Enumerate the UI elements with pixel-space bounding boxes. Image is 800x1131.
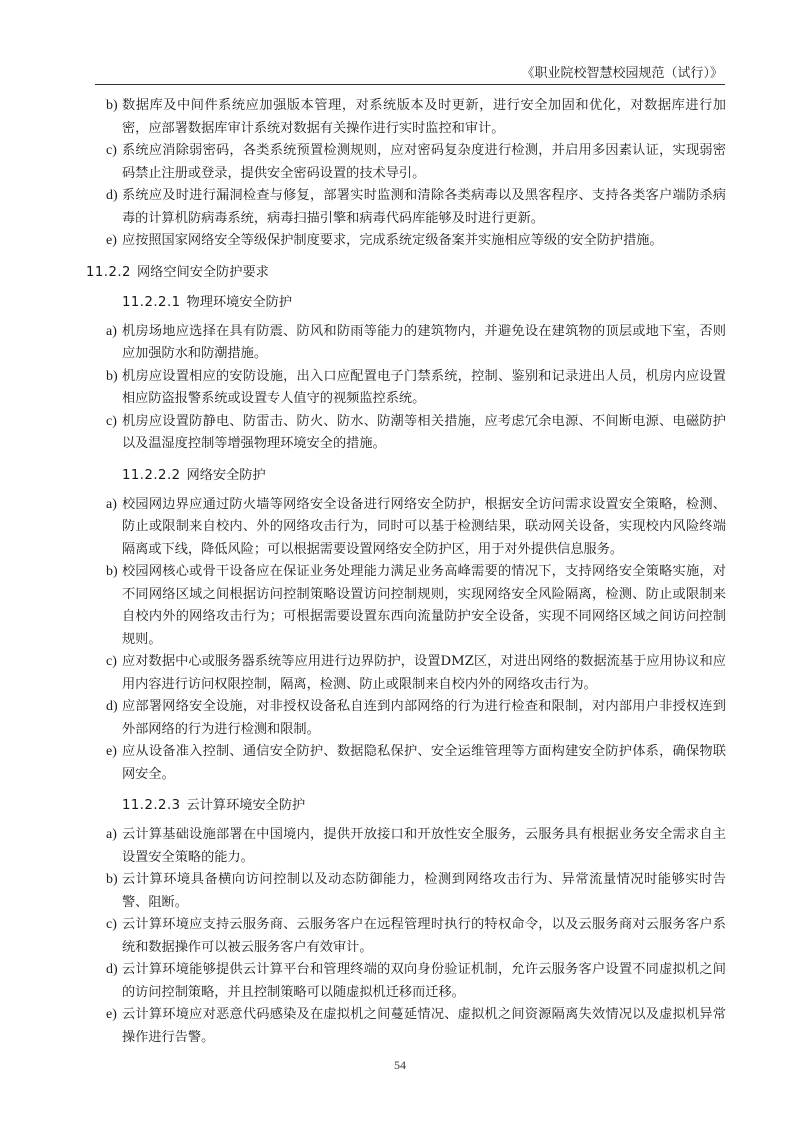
subsection-title: 物理环境安全防护 [187, 295, 293, 310]
item-label: e) [106, 230, 117, 253]
subsection-number: 11.2.2.2 [122, 468, 181, 483]
item-text: 校园网边界应通过防火墙等网络安全设备进行网络安全防护，根据安全访问需求设置安全策… [122, 494, 726, 562]
list-item: b)数据库及中间件系统应加强版本管理，对系统版本及时更新，进行安全加固和优化，对… [86, 95, 726, 140]
item-label: e) [106, 1004, 117, 1027]
list-item: c)机房应设置防静电、防雷击、防火、防水、防潮等相关措施，应考虑冗余电源、不间断… [86, 411, 726, 456]
list-item: e)应从设备准入控制、通信安全防护、数据隐私保护、安全运维管理等方面构建安全防护… [86, 741, 726, 786]
list-item: b)校园网核心或骨干设备应在保证业务处理能力满足业务高峰需要的情况下，支持网络安… [86, 561, 726, 651]
subsection-heading: 11.2.2.1物理环境安全防护 [86, 293, 726, 313]
list-item: c)系统应消除弱密码，各类系统预置检测规则，应对密码复杂度进行检测，并启用多因素… [86, 140, 726, 185]
list-item: b)机房应设置相应的安防设施，出入口应配置电子门禁系统，控制、鉴别和记录进出人员… [86, 366, 726, 411]
item-text: 应部署网络安全设施，对非授权设备私自连到内部网络的行为进行检查和限制，对内部用户… [122, 696, 726, 741]
list-item: c)应对数据中心或服务器系统等应用进行边界防护，设置DMZ区，对进出网络的数据流… [86, 651, 726, 696]
page-number: 54 [0, 1058, 800, 1073]
item-label: d) [106, 959, 118, 982]
item-text: 云计算基础设施部署在中国境内，提供开放接口和开放性安全服务，云服务具有根据业务安… [122, 824, 726, 869]
item-label: c) [106, 914, 117, 937]
item-label: c) [106, 651, 117, 674]
list-item: d)系统应及时进行漏洞检查与修复，部署实时监测和清除各类病毒以及黑客程序、支持各… [86, 185, 726, 230]
item-text: 云计算环境应对恶意代码感染及在虚拟机之间蔓延情况、虚拟机之间资源隔离失效情况以及… [122, 1004, 726, 1049]
item-text: 应从设备准入控制、通信安全防护、数据隐私保护、安全运维管理等方面构建安全防护体系… [122, 741, 726, 786]
item-text: 系统应及时进行漏洞检查与修复，部署实时监测和清除各类病毒以及黑客程序、支持各类客… [122, 185, 726, 230]
item-label: b) [106, 869, 118, 892]
item-label: d) [106, 696, 118, 719]
item-text: 应按照国家网络安全等级保护制度要求，完成系统定级备案并实施相应等级的安全防护措施… [122, 230, 726, 253]
intro-list: b)数据库及中间件系统应加强版本管理，对系统版本及时更新，进行安全加固和优化，对… [86, 95, 726, 253]
item-text: 系统应消除弱密码，各类系统预置检测规则，应对密码复杂度进行检测，并启用多因素认证… [122, 140, 726, 185]
subsection-heading: 11.2.2.3云计算环境安全防护 [86, 796, 726, 816]
item-label: a) [106, 321, 117, 344]
document-title: 《职业院校智慧校园规范（试行）》 [521, 66, 723, 81]
subsection-number: 11.2.2.1 [122, 295, 181, 310]
item-label: b) [106, 95, 118, 118]
item-text: 机房应设置防静电、防雷击、防火、防水、防潮等相关措施，应考虑冗余电源、不间断电源… [122, 411, 726, 456]
item-label: a) [106, 494, 117, 517]
list-item: a)机房场地应选择在具有防震、防风和防雨等能力的建筑物内，并避免设在建筑物的顶层… [86, 321, 726, 366]
item-text: 数据库及中间件系统应加强版本管理，对系统版本及时更新，进行安全加固和优化，对数据… [122, 95, 726, 140]
running-header: 《职业院校智慧校园规范（试行）》 [95, 66, 725, 85]
section-heading: 11.2.2网络空间安全防护要求 [86, 263, 726, 283]
item-label: e) [106, 741, 117, 764]
list-item: e)应按照国家网络安全等级保护制度要求，完成系统定级备案并实施相应等级的安全防护… [86, 230, 726, 253]
item-label: b) [106, 366, 118, 389]
list-item: d)应部署网络安全设施，对非授权设备私自连到内部网络的行为进行检查和限制，对内部… [86, 696, 726, 741]
subsection-heading: 11.2.2.2网络安全防护 [86, 466, 726, 486]
item-text: 应对数据中心或服务器系统等应用进行边界防护，设置DMZ区，对进出网络的数据流基于… [122, 651, 726, 696]
subsection-title: 网络安全防护 [187, 468, 266, 483]
item-text: 云计算环境能够提供云计算平台和管理终端的双向身份验证机制，允许云服务客户设置不同… [122, 959, 726, 1004]
list-item: c)云计算环境应支持云服务商、云服务客户在远程管理时执行的特权命令，以及云服务商… [86, 914, 726, 959]
list-item: d)云计算环境能够提供云计算平台和管理终端的双向身份验证机制，允许云服务客户设置… [86, 959, 726, 1004]
subsection-title: 云计算环境安全防护 [187, 798, 306, 813]
item-label: d) [106, 185, 118, 208]
item-label: c) [106, 140, 117, 163]
section-number: 11.2.2 [86, 265, 131, 280]
list-item: a)云计算基础设施部署在中国境内，提供开放接口和开放性安全服务，云服务具有根据业… [86, 824, 726, 869]
list-item: e)云计算环境应对恶意代码感染及在虚拟机之间蔓延情况、虚拟机之间资源隔离失效情况… [86, 1004, 726, 1049]
list-item: a)校园网边界应通过防火墙等网络安全设备进行网络安全防护，根据安全访问需求设置安… [86, 494, 726, 562]
list-item: b)云计算环境具备横向访问控制以及动态防御能力，检测到网络攻击行为、异常流量情况… [86, 869, 726, 914]
section-title: 网络空间安全防护要求 [137, 265, 269, 280]
item-text: 云计算环境具备横向访问控制以及动态防御能力，检测到网络攻击行为、异常流量情况时能… [122, 869, 726, 914]
item-text: 机房场地应选择在具有防震、防风和防雨等能力的建筑物内，并避免设在建筑物的顶层或地… [122, 321, 726, 366]
page-content: b)数据库及中间件系统应加强版本管理，对系统版本及时更新，进行安全加固和优化，对… [86, 95, 726, 1049]
item-text: 机房应设置相应的安防设施，出入口应配置电子门禁系统，控制、鉴别和记录进出人员，机… [122, 366, 726, 411]
item-label: a) [106, 824, 117, 847]
item-text: 云计算环境应支持云服务商、云服务客户在远程管理时执行的特权命令，以及云服务商对云… [122, 914, 726, 959]
item-label: c) [106, 411, 117, 434]
item-label: b) [106, 561, 118, 584]
subsection-number: 11.2.2.3 [122, 798, 181, 813]
item-text: 校园网核心或骨干设备应在保证业务处理能力满足业务高峰需要的情况下，支持网络安全策… [122, 561, 726, 651]
